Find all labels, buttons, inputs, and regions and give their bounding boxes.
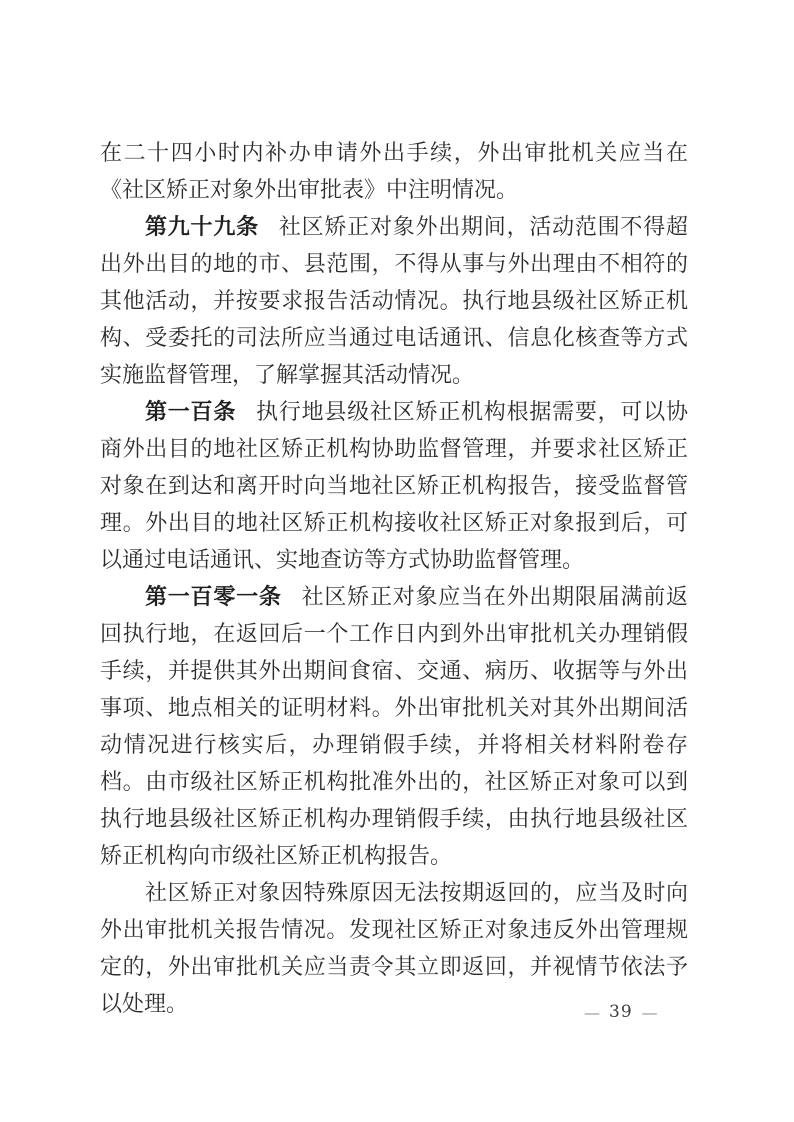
- page-number-footer: — 39 —: [584, 1000, 658, 1024]
- page-number: 39: [609, 1002, 633, 1022]
- line-text: 社区矫正对象因特殊原因无法按期返回的，应当及时向: [145, 881, 688, 906]
- text-line: 回执行地，在返回后一个工作日内到外出审批机关办理销假: [100, 616, 688, 653]
- line-text: 对象在到达和离开时向当地社区矫正机构报告，接受监督管: [100, 474, 688, 499]
- line-text: 定的，外出审批机关应当责令其立即返回，并视情节依法予: [100, 955, 688, 980]
- article-number: 第一百零一条: [145, 585, 282, 610]
- line-text: 回执行地，在返回后一个工作日内到外出审批机关办理销假: [100, 622, 688, 647]
- line-text: 手续，并提供其外出期间食宿、交通、病历、收据等与外出: [100, 659, 688, 684]
- line-text: 执行地县级社区矫正机构办理销假手续，由执行地县级社区: [100, 807, 688, 832]
- text-line-article-100: 第一百条执行地县级社区矫正机构根据需要，可以协: [100, 394, 688, 431]
- line-text: 档。由市级社区矫正机构批准外出的，社区矫正对象可以到: [100, 770, 688, 795]
- line-text: 商外出目的地社区矫正机构协助监督管理，并要求社区矫正: [100, 437, 688, 462]
- text-line: 商外出目的地社区矫正机构协助监督管理，并要求社区矫正: [100, 431, 688, 468]
- text-line: 外出审批机关报告情况。发现社区矫正对象违反外出管理规: [100, 912, 688, 949]
- line-text: 以通过电话通讯、实地查访等方式协助监督管理。: [100, 548, 584, 573]
- article-number: 第一百条: [145, 400, 236, 425]
- text-line: 档。由市级社区矫正机构批准外出的，社区矫正对象可以到: [100, 764, 688, 801]
- text-line: 矫正机构向市级社区矫正机构报告。: [100, 838, 688, 875]
- text-line: 社区矫正对象因特殊原因无法按期返回的，应当及时向: [100, 875, 688, 912]
- text-line: 动情况进行核实后，办理销假手续，并将相关材料附卷存: [100, 727, 688, 764]
- text-line: 定的，外出审批机关应当责令其立即返回，并视情节依法予: [100, 949, 688, 986]
- text-line: 《社区矫正对象外出审批表》中注明情况。: [100, 172, 688, 209]
- text-line: 对象在到达和离开时向当地社区矫正机构报告，接受监督管: [100, 468, 688, 505]
- text-line: 实施监督管理，了解掌握其活动情况。: [100, 357, 688, 394]
- footer-left-dash: —: [584, 1003, 600, 1022]
- article-number: 第九十九条: [145, 215, 259, 240]
- document-page: 在二十四小时内补办申请外出手续，外出审批机关应当在 《社区矫正对象外出审批表》中…: [0, 0, 794, 1122]
- text-line: 构、受委托的司法所应当通过电话通讯、信息化核查等方式: [100, 320, 688, 357]
- line-text: 动情况进行核实后，办理销假手续，并将相关材料附卷存: [100, 733, 688, 758]
- line-text: 矫正机构向市级社区矫正机构报告。: [100, 844, 452, 869]
- line-text: 外出审批机关报告情况。发现社区矫正对象违反外出管理规: [100, 918, 688, 943]
- line-text: 执行地县级社区矫正机构根据需要，可以协: [256, 400, 688, 425]
- line-text: 《社区矫正对象外出审批表》中注明情况。: [100, 178, 518, 203]
- text-line: 理。外出目的地社区矫正机构接收社区矫正对象报到后，可: [100, 505, 688, 542]
- text-line: 以通过电话通讯、实地查访等方式协助监督管理。: [100, 542, 688, 579]
- text-line: 执行地县级社区矫正机构办理销假手续，由执行地县级社区: [100, 801, 688, 838]
- text-line: 出外出目的地的市、县范围，不得从事与外出理由不相符的: [100, 246, 688, 283]
- line-text: 出外出目的地的市、县范围，不得从事与外出理由不相符的: [100, 252, 688, 277]
- footer-right-dash: —: [642, 1003, 658, 1022]
- line-text: 社区矫正对象应当在外出期限届满前返: [302, 585, 688, 610]
- line-text: 事项、地点相关的证明材料。外出审批机关对其外出期间活: [100, 696, 688, 721]
- line-text: 构、受委托的司法所应当通过电话通讯、信息化核查等方式: [100, 326, 688, 351]
- text-line: 手续，并提供其外出期间食宿、交通、病历、收据等与外出: [100, 653, 688, 690]
- line-text: 在二十四小时内补办申请外出手续，外出审批机关应当在: [100, 141, 688, 166]
- line-text: 以处理。: [100, 992, 188, 1017]
- text-line-article-99: 第九十九条社区矫正对象外出期间，活动范围不得超: [100, 209, 688, 246]
- line-text: 理。外出目的地社区矫正机构接收社区矫正对象报到后，可: [100, 511, 688, 536]
- text-line: 在二十四小时内补办申请外出手续，外出审批机关应当在: [100, 135, 688, 172]
- text-line: 事项、地点相关的证明材料。外出审批机关对其外出期间活: [100, 690, 688, 727]
- text-line-article-101: 第一百零一条社区矫正对象应当在外出期限届满前返: [100, 579, 688, 616]
- line-text: 其他活动，并按要求报告活动情况。执行地县级社区矫正机: [100, 289, 688, 314]
- body-text: 在二十四小时内补办申请外出手续，外出审批机关应当在 《社区矫正对象外出审批表》中…: [100, 135, 688, 1023]
- line-text: 社区矫正对象外出期间，活动范围不得超: [279, 215, 688, 240]
- line-text: 实施监督管理，了解掌握其活动情况。: [100, 363, 474, 388]
- text-line: 其他活动，并按要求报告活动情况。执行地县级社区矫正机: [100, 283, 688, 320]
